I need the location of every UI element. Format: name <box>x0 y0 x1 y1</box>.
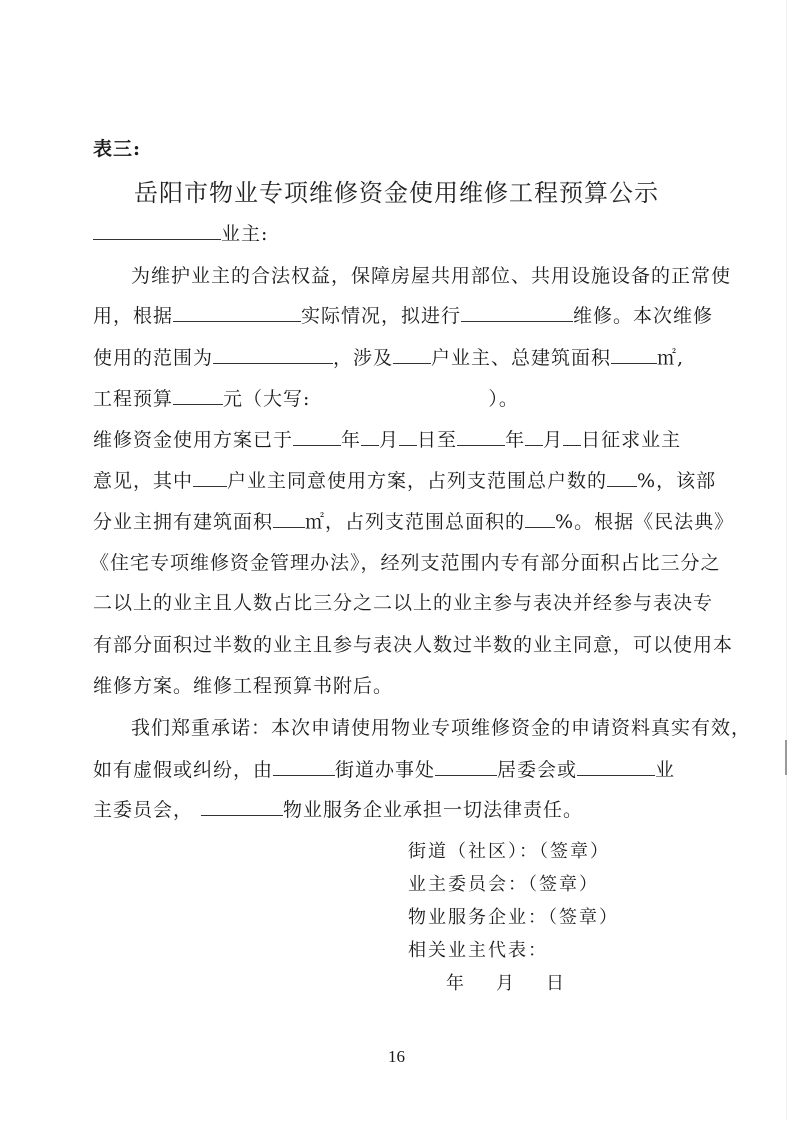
neighborhood-committee-blank[interactable] <box>435 757 497 776</box>
text: 主委员会， <box>93 799 193 821</box>
signature-date: 年月日 <box>446 972 566 996</box>
p3-line1: 我们郑重承诺：本次申请使用物业专项维修资金的申请资料真实有效， <box>131 716 751 740</box>
property-company-blank[interactable] <box>201 797 283 816</box>
p2-line2: 意见，其中户业主同意使用方案，占列支范围总户数的%，该部 <box>93 468 716 493</box>
signature-owner-representative: 相关业主代表： <box>408 939 548 963</box>
p2-line1: 维修资金使用方案已于年月日至年月日征求业主 <box>93 427 681 452</box>
text: 居委会或 <box>497 759 577 781</box>
p1-line4: 工程预算元（大写:）。 <box>93 386 519 411</box>
signature-owners-committee: 业主委员会：（签章） <box>408 873 599 897</box>
signature-property-company: 物业服务企业：（签章） <box>408 906 619 930</box>
location-blank[interactable] <box>173 303 301 322</box>
text: 物业服务企业承担一切法律责任。 <box>283 799 583 821</box>
text: 实际情况，拟进行 <box>301 305 461 327</box>
p1-line3: 使用的范围为，涉及户业主、总建筑面积㎡, <box>93 345 684 370</box>
document-title: 岳阳市物业专项维修资金使用维修工程预算公示 <box>0 173 793 208</box>
p3-line3: 主委员会，物业服务企业承担一切法律责任。 <box>93 797 583 822</box>
budget-amount-blank[interactable] <box>173 386 223 405</box>
street-office-blank[interactable] <box>273 757 335 776</box>
text: 元（大写: <box>223 388 310 410</box>
end-year-blank[interactable] <box>457 427 505 446</box>
date-month-label: 月 <box>496 972 516 996</box>
salutation: 业主: <box>93 221 268 246</box>
start-month-blank[interactable] <box>361 427 379 446</box>
repair-item-blank[interactable] <box>461 303 573 322</box>
table-label: 表三: <box>93 137 141 161</box>
p1-line2: 用，根据实际情况，拟进行维修。本次维修 <box>93 303 713 328</box>
text: 日征求业主 <box>581 429 681 451</box>
date-day-label: 日 <box>546 972 566 996</box>
date-year-label: 年 <box>446 972 466 996</box>
text: %，该部 <box>637 470 716 492</box>
p2-line3: 分业主拥有建筑面积㎡，占列支范围总面积的%。根据《民法典》 <box>93 509 734 534</box>
text: 维修。本次维修 <box>573 305 713 327</box>
area-percent-blank[interactable] <box>525 509 555 528</box>
households-percent-blank[interactable] <box>607 468 637 487</box>
scan-edge <box>786 0 787 1121</box>
p2-line4: 《住宅专项维修资金管理办法》，经列支范围内专有部分面积占比三分之 <box>90 551 721 575</box>
text: 维修资金使用方案已于 <box>93 429 293 451</box>
text: 街道办事处 <box>335 759 435 781</box>
text: ，涉及 <box>333 347 393 369</box>
text: 业 <box>655 759 675 781</box>
total-area-blank[interactable] <box>611 345 657 364</box>
text: 工程预算 <box>93 388 173 410</box>
agree-area-blank[interactable] <box>273 509 305 528</box>
p2-line6: 有部分面积过半数的业主且参与表决人数过半数的业主同意，可以使用本 <box>93 633 733 657</box>
start-year-blank[interactable] <box>293 427 341 446</box>
text: ）。 <box>488 388 519 410</box>
text: 分业主拥有建筑面积 <box>93 511 273 533</box>
text: 月 <box>379 429 399 451</box>
salutation-suffix: 业主: <box>221 223 268 245</box>
text: 如有虚假或纠纷，由 <box>93 759 273 781</box>
p2-line5: 二以上的业主且人数占比三分之二以上的业主参与表决并经参与表决专 <box>93 591 713 615</box>
text: 年 <box>505 429 525 451</box>
end-month-blank[interactable] <box>525 427 543 446</box>
start-day-blank[interactable] <box>399 427 417 446</box>
text: 户业主、总建筑面积 <box>431 347 611 369</box>
text: ㎡，占列支范围总面积的 <box>305 511 525 533</box>
text: 意见，其中 <box>93 470 193 492</box>
p2-line7: 维修方案。维修工程预算书附后。 <box>93 674 393 698</box>
text: 户业主同意使用方案，占列支范围总户数的 <box>227 470 607 492</box>
owner-name-blank[interactable] <box>93 221 221 240</box>
text: 年 <box>341 429 361 451</box>
p3-line2: 如有虚假或纠纷，由街道办事处居委会或业 <box>93 757 675 782</box>
page-number: 16 <box>0 1047 793 1067</box>
p1-line1: 为维护业主的合法权益，保障房屋共用部位、共用设施设备的正常使 <box>131 264 731 288</box>
text: 日至 <box>417 429 457 451</box>
text: 用，根据 <box>93 305 173 327</box>
signature-street-community: 街道（社区）：（签章） <box>408 840 610 864</box>
text: 月 <box>543 429 563 451</box>
scan-mark <box>785 740 787 775</box>
owners-committee-blank[interactable] <box>577 757 655 776</box>
text: 使用的范围为 <box>93 347 213 369</box>
households-blank[interactable] <box>393 345 431 364</box>
scope-blank[interactable] <box>213 345 333 364</box>
text: %。根据《民法典》 <box>555 511 734 533</box>
end-day-blank[interactable] <box>563 427 581 446</box>
agree-households-blank[interactable] <box>193 468 227 487</box>
text: ㎡, <box>657 347 684 369</box>
document-page: 表三: 岳阳市物业专项维修资金使用维修工程预算公示 业主: 为维护业主的合法权益… <box>0 0 793 1121</box>
